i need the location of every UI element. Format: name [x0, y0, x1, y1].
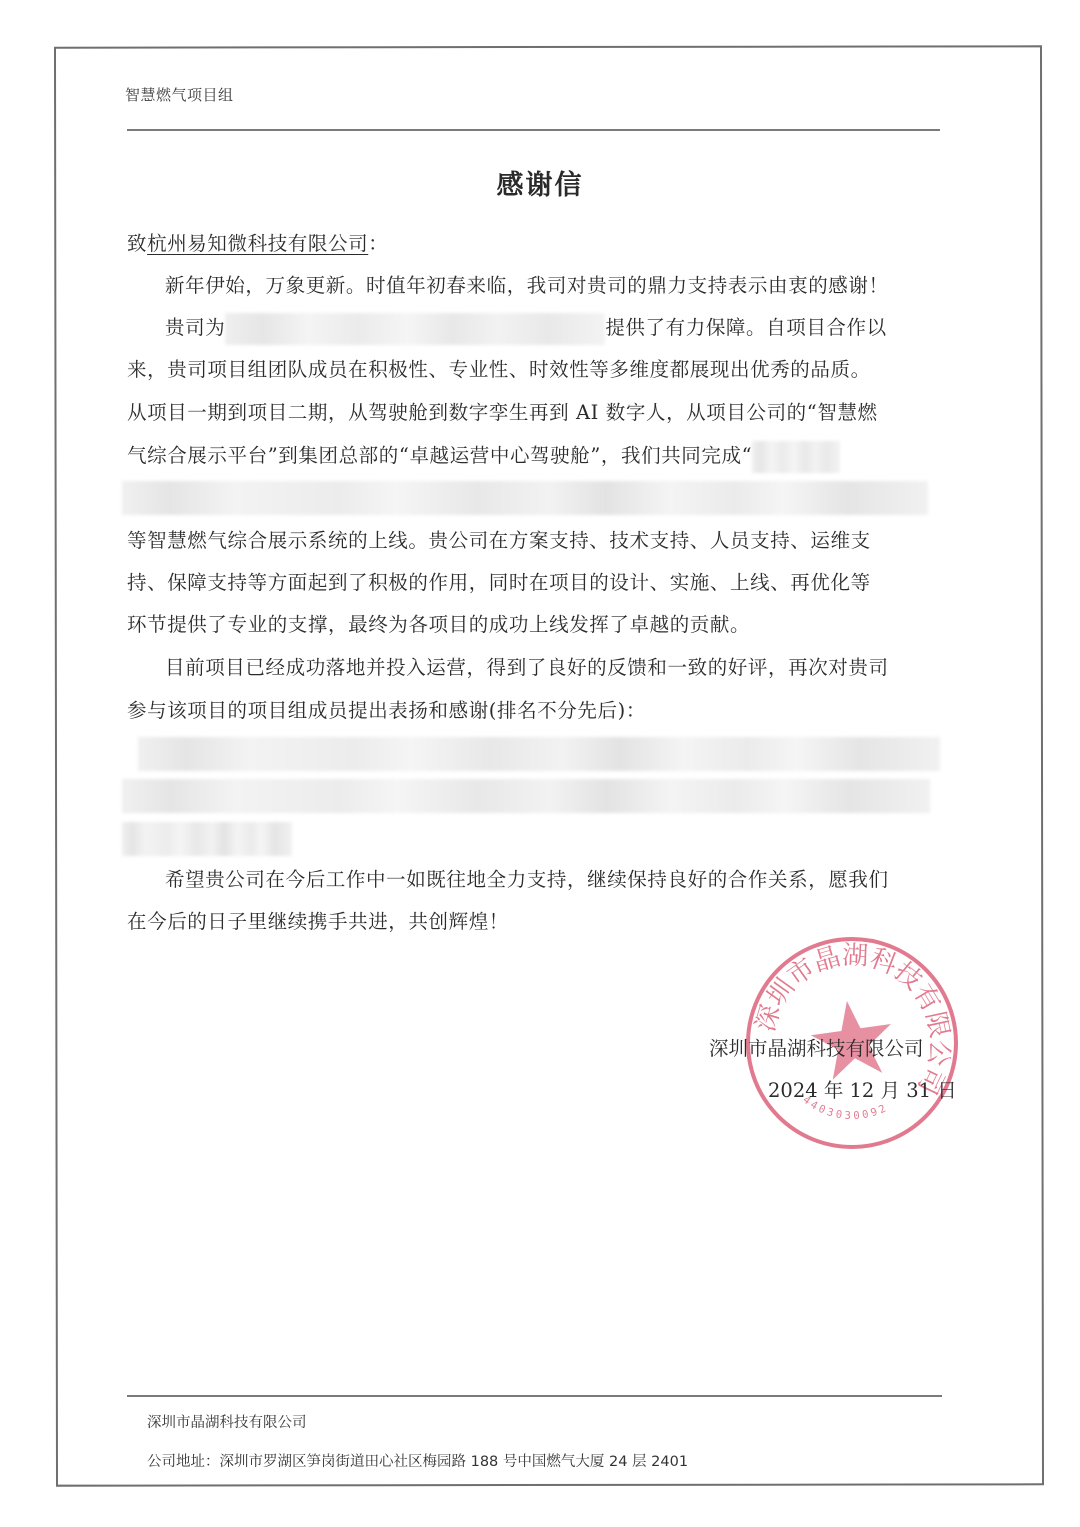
paragraph-2-line-1: 贵司为提供了有力保障。自项目合作以 [165, 312, 887, 345]
p2-text-before: 贵司为 [165, 316, 225, 339]
paragraph-2-line-3: 从项目一期到项目二期，从驾驶舱到数字孪生再到 AI 数字人，从项目公司的“智慧燃 [127, 397, 878, 425]
footer-company: 深圳市晶湖科技有限公司 [147, 1411, 307, 1432]
redacted-systems-list [122, 481, 928, 515]
redacted-member-names-3 [122, 822, 292, 856]
paragraph-1: 新年伊始，万象更新。时值年初春来临，我司对贵司的鼎力支持表示由衷的感谢！ [165, 270, 889, 298]
recipient-name: 杭州易知微科技有限公司 [147, 232, 368, 255]
paragraph-2-line-7: 持、保障支持等方面起到了积极的作用，同时在项目的设计、实施、上线、再优化等 [127, 567, 871, 595]
footer-divider-top [127, 1395, 942, 1397]
redacted-member-names-1 [138, 737, 940, 771]
salutation: 致杭州易知微科技有限公司： [127, 228, 388, 256]
paragraph-3-line-2: 参与该项目的项目组成员提出表扬和感谢(排名不分先后)： [127, 695, 646, 723]
paragraph-2-line-2: 来，贵司项目组团队成员在积极性、专业性、时效性等多维度都展现出优秀的品质。 [127, 354, 871, 382]
p2-text-after: 提供了有力保障。自项目合作以 [605, 316, 886, 339]
signature-date: 2024 年 12 月 31 日 [768, 1075, 957, 1103]
footer-address: 公司地址：深圳市罗湖区笋岗街道田心社区梅园路 188 号中国燃气大厦 24 层 … [147, 1450, 688, 1471]
header-divider [127, 129, 940, 131]
p2-line4-text: 气综合展示平台”到集团总部的“卓越运营中心驾驶舱”，我们共同完成“ [127, 444, 752, 467]
paragraph-4-line-2: 在今后的日子里继续携手共进，共创辉煌！ [127, 906, 509, 934]
redacted-project-name [225, 313, 605, 345]
paragraph-4-line-1: 希望贵公司在今后工作中一如既往地全力支持，继续保持良好的合作关系，愿我们 [165, 864, 889, 892]
paragraph-2-line-8: 环节提供了专业的支撑，最终为各项目的成功上线发挥了卓越的贡献。 [127, 609, 750, 637]
header-label: 智慧燃气项目组 [125, 84, 234, 105]
paragraph-2-line-4: 气综合展示平台”到集团总部的“卓越运营中心驾驶舱”，我们共同完成“ [127, 440, 840, 473]
redacted-member-names-2 [122, 779, 930, 813]
paragraph-2-line-6: 等智慧燃气综合展示系统的上线。贵公司在方案支持、技术支持、人员支持、运维支 [127, 525, 871, 553]
salutation-prefix: 致 [127, 232, 147, 255]
signature-company: 深圳市晶湖科技有限公司 [709, 1033, 924, 1061]
redacted-systems-start [752, 441, 840, 473]
salutation-suffix: ： [368, 232, 388, 255]
paragraph-3-line-1: 目前项目已经成功落地并投入运营，得到了良好的反馈和一致的好评，再次对贵司 [165, 652, 889, 680]
letter-title: 感谢信 [0, 163, 1080, 202]
